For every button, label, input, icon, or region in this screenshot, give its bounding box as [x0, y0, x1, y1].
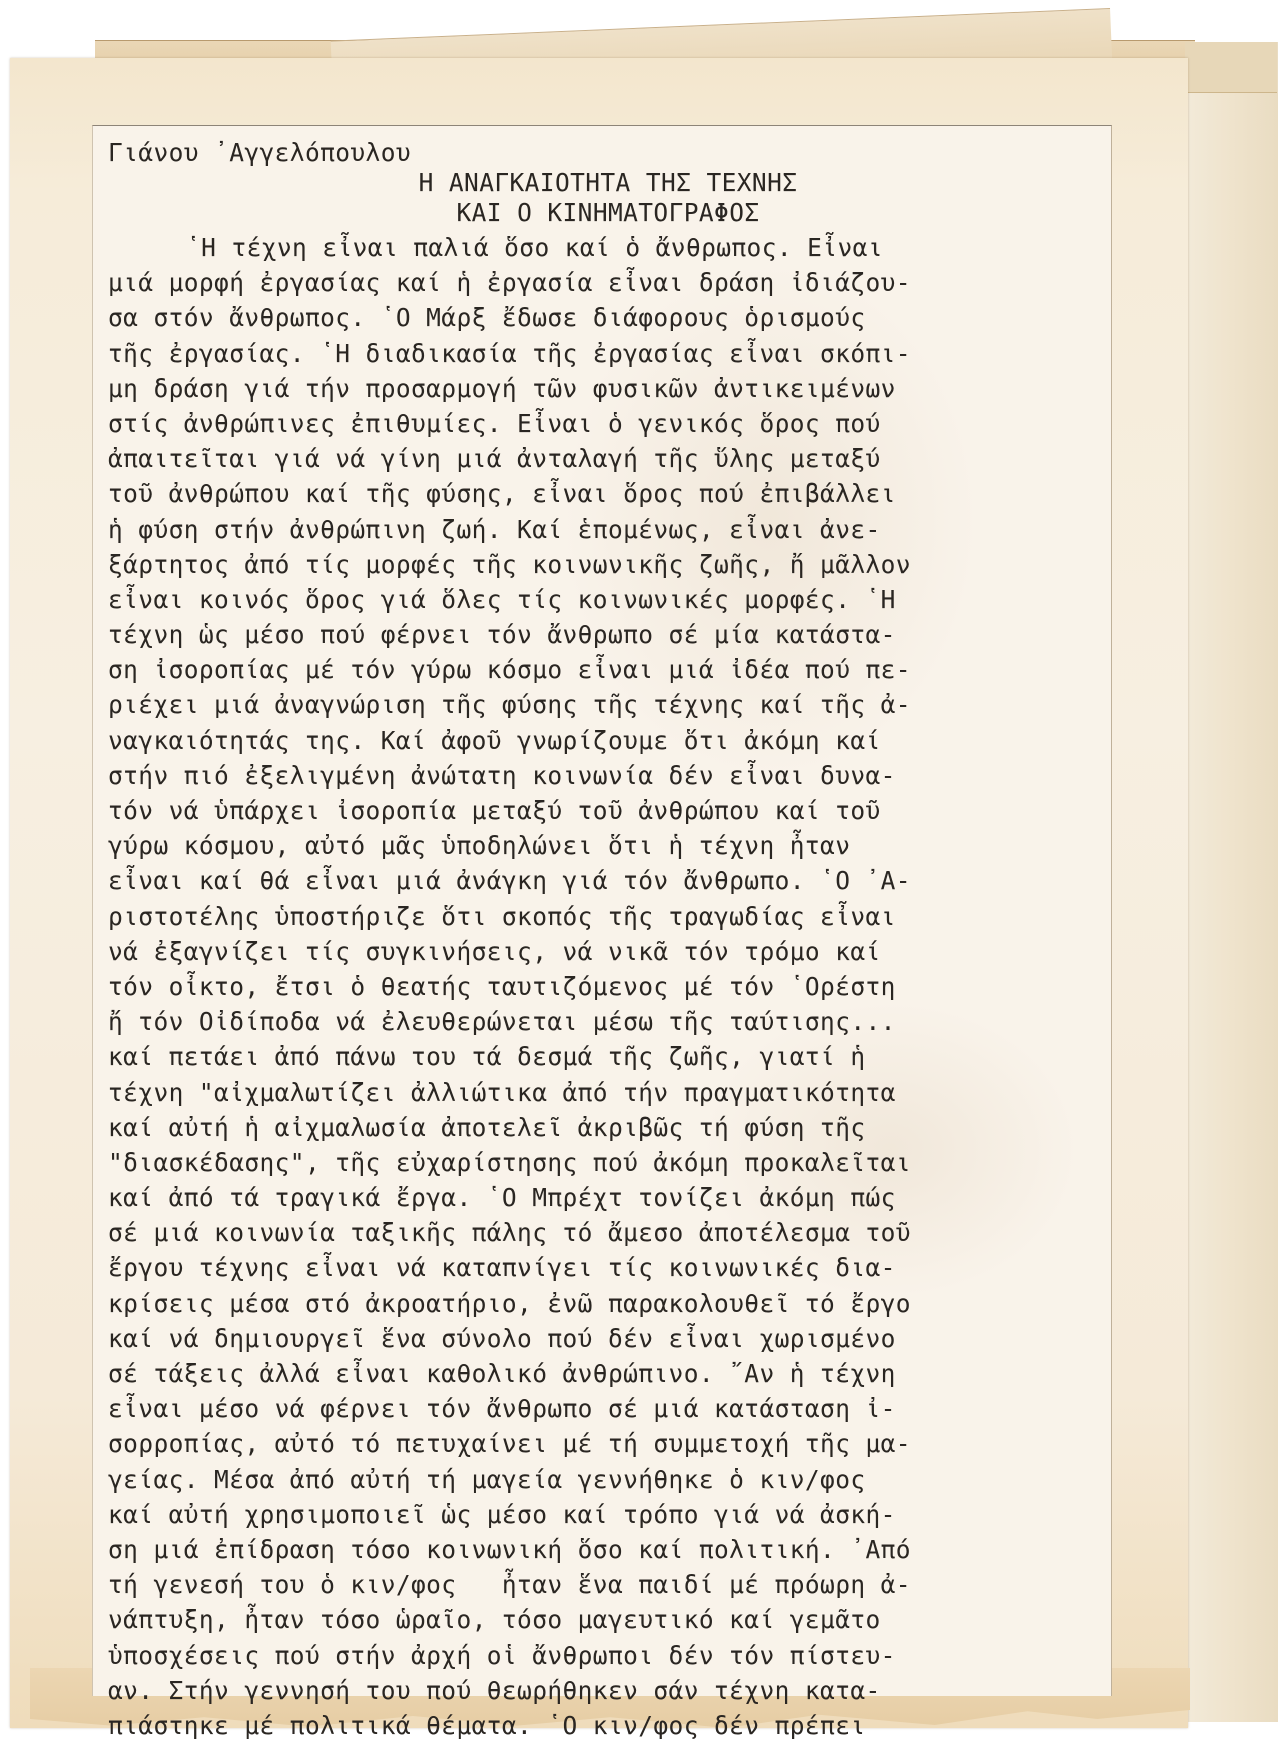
body-line: ῾Η τέχνη εἶναι παλιά ὅσο καί ὁ ἄνθρωπος.…: [108, 230, 1168, 265]
body-line: στίς ἀνθρώπινες ἐπιθυμίες. Εἶναι ὁ γενικ…: [108, 406, 1168, 441]
body-line: ὑποσχέσεις πού στήν ἀρχή οἱ ἄνθρωποι δέν…: [108, 1638, 1168, 1673]
typed-text: Γιάνου ᾿Αγγελόπουλου Η ΑΝΑΓΚΑΙΟΤΗΤΑ ΤΗΣ …: [108, 138, 1168, 1743]
body-line: νά ἐξαγνίζει τίς συγκινήσεις, νά νικᾶ τό…: [108, 934, 1168, 969]
body-line: τόν νά ὑπάρχει ἰσοροπία μεταξύ τοῦ ἀνθρώ…: [108, 793, 1168, 828]
body-line: στήν πιό ἐξελιγμένη ἀνώτατη κοινωνία δέν…: [108, 758, 1168, 793]
body-line: ξάρτητος ἀπό τίς μορφές τῆς κοινωνικῆς ζ…: [108, 547, 1168, 582]
body-line: ἀπαιτεῖται γιά νά γίνη μιά ἀνταλαγή τῆς …: [108, 441, 1168, 476]
body-line: σα στόν ἄνθρωπος. ῾Ο Μάρξ ἔδωσε διάφορου…: [108, 300, 1168, 335]
body-line: τέχνη "αἰχμαλωτίζει ἀλλιώτικα ἀπό τήν πρ…: [108, 1075, 1168, 1110]
body-line: γείας. Μέσα ἀπό αὐτή τή μαγεία γεννήθηκε…: [108, 1462, 1168, 1497]
body-line: ἤ τόν Οἰδίποδα νά ἐλευθερώνεται μέσω τῆς…: [108, 1004, 1168, 1039]
body-line: τόν οἶκτο, ἔτσι ὁ θεατής ταυτιζόμενος μέ…: [108, 969, 1168, 1004]
body-line: γύρω κόσμου, αὐτό μᾶς ὑποδηλώνει ὅτι ἡ τ…: [108, 828, 1168, 863]
body-line: τοῦ ἀνθρώπου καί τῆς φύσης, εἶναι ὅρος π…: [108, 476, 1168, 511]
body-line: σέ μιά κοινωνία ταξικῆς πάλης τό ἄμεσο ἀ…: [108, 1215, 1168, 1250]
body-line: νάπτυξη, ἦταν τόσο ὡραῖο, τόσο μαγευτικό…: [108, 1602, 1168, 1637]
body-line: καί αὐτή χρησιμοποιεῖ ὡς μέσο καί τρόπο …: [108, 1497, 1168, 1532]
body-line: ριέχει μιά ἀναγνώριση τῆς φύσης τῆς τέχν…: [108, 687, 1168, 722]
body-line: πιάστηκε μέ πολιτικά θέματα. ῾Ο κιν/φος …: [108, 1708, 1168, 1743]
body-line: αν. Στήν γεννησή του πού θεωρήθηκεν σάν …: [108, 1673, 1168, 1708]
title-line-2: ΚΑΙ Ο ΚΙΝΗΜΑΤΟΓΡΑΦΟΣ: [108, 198, 1168, 228]
body-line: ἔργου τέχνης εἶναι νά καταπνίγει τίς κοι…: [108, 1250, 1168, 1285]
body-line: ση μιά ἐπίδραση τόσο κοινωνική ὅσο καί π…: [108, 1532, 1168, 1567]
body-line: καί ἀπό τά τραγικά ἔργα. ῾Ο Μπρέχτ τονίζ…: [108, 1180, 1168, 1215]
body-line: ἡ φύση στήν ἀνθρώπινη ζωή. Καί ἑπομένως,…: [108, 512, 1168, 547]
body-line: ναγκαιότητάς της. Καί ἀφοῦ γνωρίζουμε ὅτ…: [108, 723, 1168, 758]
body-line: μη δράση γιά τήν προσαρμογή τῶν φυσικῶν …: [108, 371, 1168, 406]
body-line: τέχνη ὡς μέσο πού φέρνει τόν ἄνθρωπο σέ …: [108, 617, 1168, 652]
body-line: ριστοτέλης ὑποστήριζε ὅτι σκοπός τῆς τρα…: [108, 899, 1168, 934]
body-line: τῆς ἐργασίας. ῾Η διαδικασία τῆς ἐργασίας…: [108, 336, 1168, 371]
body-line: εἶναι μέσο νά φέρνει τόν ἄνθρωπο σέ μιά …: [108, 1391, 1168, 1426]
body-line: σορροπίας, αὐτό τό πετυχαίνει μέ τή συμμ…: [108, 1426, 1168, 1461]
body-line: τή γενεσή του ὁ κιν/φος ἦταν ἕνα παιδί μ…: [108, 1567, 1168, 1602]
body-line: εἶναι καί θά εἶναι μιά ἀνάγκη γιά τόν ἄν…: [108, 863, 1168, 898]
body-line: σέ τάξεις ἀλλά εἶναι καθολικό ἀνθρώπινο.…: [108, 1356, 1168, 1391]
body-line: ση ἰσοροπίας μέ τόν γύρω κόσμο εἶναι μιά…: [108, 652, 1168, 687]
title-line-1: Η ΑΝΑΓΚΑΙΟΤΗΤΑ ΤΗΣ ΤΕΧΝΗΣ: [108, 168, 1168, 198]
author-name: Γιάνου ᾿Αγγελόπουλου: [108, 138, 1168, 168]
scanned-page: Γιάνου ᾿Αγγελόπουλου Η ΑΝΑΓΚΑΙΟΤΗΤΑ ΤΗΣ …: [0, 0, 1280, 1754]
body-line: καί αὐτή ἡ αἰχμαλωσία ἀποτελεῖ ἀκριβῶς τ…: [108, 1110, 1168, 1145]
back-sheet-right-tab: [1185, 42, 1277, 93]
body-line: καί πετάει ἀπό πάνω του τά δεσμά τῆς ζωῆ…: [108, 1039, 1168, 1074]
body-line: μιά μορφή ἐργασίας καί ἡ ἐργασία εἶναι δ…: [108, 265, 1168, 300]
body-line: εἶναι κοινός ὅρος γιά ὅλες τίς κοινωνικέ…: [108, 582, 1168, 617]
body-line: "διασκέδασης", τῆς εὐχαρίστησης πού ἀκόμ…: [108, 1145, 1168, 1180]
body-line: καί νά δημιουργεῖ ἕνα σύνολο πού δέν εἶν…: [108, 1321, 1168, 1356]
back-sheet-right-edge: [1185, 42, 1278, 1722]
body-line: κρίσεις μέσα στό ἀκροατήριο, ἐνῶ παρακολ…: [108, 1286, 1168, 1321]
